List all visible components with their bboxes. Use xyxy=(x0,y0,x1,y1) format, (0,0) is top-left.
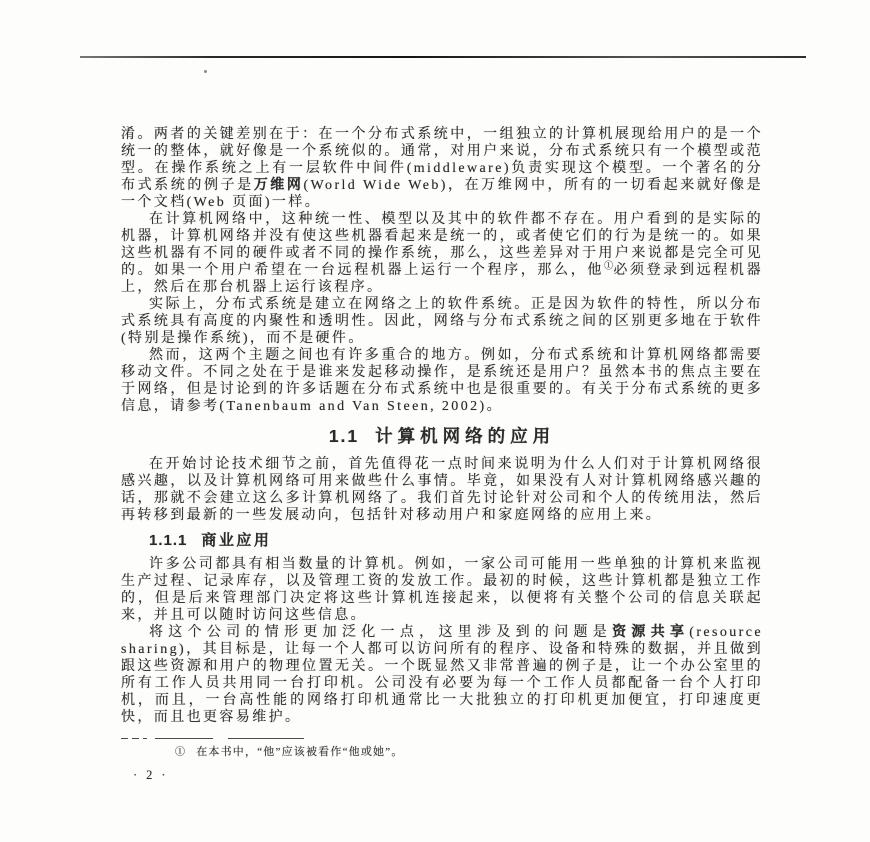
paragraph: 许多公司都具有相当数量的计算机。例如，一家公司可能用一些单独的计算机来监视生产过… xyxy=(121,556,763,624)
text-run: 将这个公司的情形更加泛化一点，这里涉及到的问题是 xyxy=(149,625,612,640)
paragraph: 实际上，分布式系统是建立在网络之上的软件系统。正是因为软件的特性，所以分布式系统… xyxy=(121,296,763,347)
heading-title: 商业应用 xyxy=(201,532,271,549)
text-run: 然而，这两个主题之间也有许多重合的地方。例如，分布式系统和计算机网络都需要移动文… xyxy=(121,348,763,414)
footnote-marker: ① xyxy=(175,747,186,758)
text-column: 淆。两者的关键差别在于：在一个分布式系统中，一组独立的计算机展现给用户的是一个统… xyxy=(121,126,763,726)
footnote: ①在本书中，“他”应该被看作“他或她”。 xyxy=(121,745,763,760)
paragraph: 在开始讨论技术细节之前，首先值得花一点时间来说明为什么人们对于计算机网络很感兴趣… xyxy=(121,456,763,524)
subsection-heading: 1.1.1商业应用 xyxy=(121,531,763,551)
page-number-dot: · xyxy=(133,768,137,782)
page-number: ·2· xyxy=(121,767,763,784)
footnote-text: 在本书中，“他”应该被看作“他或她”。 xyxy=(196,746,403,758)
footnote-divider xyxy=(121,737,763,740)
scan-speck xyxy=(204,70,207,73)
key-term: 资源共享 xyxy=(612,625,689,640)
key-term: 万维网 xyxy=(254,178,304,193)
book-page: 淆。两者的关键差别在于：在一个分布式系统中，一组独立的计算机展现给用户的是一个统… xyxy=(0,0,870,842)
text-run: 在开始讨论技术细节之前，首先值得花一点时间来说明为什么人们对于计算机网络很感兴趣… xyxy=(121,457,763,523)
page-number-dot: · xyxy=(161,768,165,782)
footnote-ref: ① xyxy=(604,260,613,270)
paragraph: 淆。两者的关键差别在于：在一个分布式系统中，一组独立的计算机展现给用户的是一个统… xyxy=(121,126,763,211)
page-body: 淆。两者的关键差别在于：在一个分布式系统中，一组独立的计算机展现给用户的是一个统… xyxy=(121,126,763,784)
heading-number: 1.1.1 xyxy=(149,532,187,549)
page-number-value: 2 xyxy=(146,768,152,782)
divider-segment xyxy=(155,738,213,739)
text-run: 许多公司都具有相当数量的计算机。例如，一家公司可能用一些单独的计算机来监视生产过… xyxy=(121,557,763,623)
section-heading: 1.1计算机网络的应用 xyxy=(121,424,763,448)
divider-segment xyxy=(121,738,147,739)
paragraph: 然而，这两个主题之间也有许多重合的地方。例如，分布式系统和计算机网络都需要移动文… xyxy=(121,347,763,415)
paragraph: 将这个公司的情形更加泛化一点，这里涉及到的问题是资源共享(resource sh… xyxy=(121,624,763,726)
text-run: (resource sharing)，其目标是，让每一个人都可以访问所有的程序、… xyxy=(121,625,763,725)
header-rule xyxy=(80,56,806,58)
heading-number: 1.1 xyxy=(329,426,359,446)
divider-segment xyxy=(228,738,304,739)
heading-title: 计算机网络的应用 xyxy=(375,426,555,446)
paragraph: 在计算机网络中，这种统一性、模型以及其中的软件都不存在。用户看到的是实际的机器，… xyxy=(121,211,763,296)
text-run: 实际上，分布式系统是建立在网络之上的软件系统。正是因为软件的特性，所以分布式系统… xyxy=(121,297,763,346)
